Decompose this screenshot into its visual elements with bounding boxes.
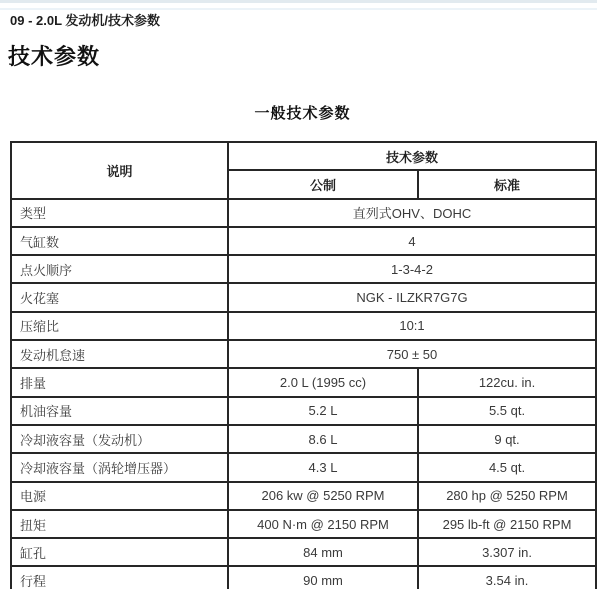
spec-value-standard: 280 hp @ 5250 RPM	[418, 482, 596, 510]
page-title: 技术参数	[8, 40, 100, 71]
spec-label: 排量	[11, 368, 228, 396]
spec-label: 行程	[11, 566, 228, 589]
header-specs: 技术参数	[228, 142, 596, 170]
spec-value-metric: 8.6 L	[228, 425, 418, 453]
table-row: 火花塞NGK - ILZKR7G7G	[11, 283, 596, 311]
spec-label: 点火顺序	[11, 255, 228, 283]
spec-label: 机油容量	[11, 397, 228, 425]
manual-page: 09 - 2.0L 发动机/技术参数 技术参数 一般技术参数 说明 技术参数 公…	[0, 0, 597, 589]
spec-value-metric: 400 N·m @ 2150 RPM	[228, 510, 418, 538]
spec-label: 火花塞	[11, 283, 228, 311]
spec-value-combined: 4	[228, 227, 596, 255]
spec-value-metric: 2.0 L (1995 cc)	[228, 368, 418, 396]
top-edge-strip	[0, 0, 597, 3]
spec-table: 说明 技术参数 公制 标准 类型直列式OHV、DOHC气缸数4点火顺序1-3-4…	[10, 141, 597, 589]
spec-label: 缸孔	[11, 538, 228, 566]
spec-label: 类型	[11, 199, 228, 227]
table-row: 冷却液容量（发动机）8.6 L9 qt.	[11, 425, 596, 453]
spec-value-standard: 295 lb-ft @ 2150 RPM	[418, 510, 596, 538]
table-row: 点火顺序1-3-4-2	[11, 255, 596, 283]
spec-value-combined: 10:1	[228, 312, 596, 340]
table-row: 排量2.0 L (1995 cc)122cu. in.	[11, 368, 596, 396]
spec-value-standard: 5.5 qt.	[418, 397, 596, 425]
spec-label: 扭矩	[11, 510, 228, 538]
table-row: 机油容量5.2 L5.5 qt.	[11, 397, 596, 425]
table-row: 气缸数4	[11, 227, 596, 255]
spec-label: 电源	[11, 482, 228, 510]
section-title: 一般技术参数	[10, 102, 595, 123]
spec-value-standard: 4.5 qt.	[418, 453, 596, 481]
spec-value-standard: 9 qt.	[418, 425, 596, 453]
spec-label: 压缩比	[11, 312, 228, 340]
spec-value-metric: 206 kw @ 5250 RPM	[228, 482, 418, 510]
table-row: 扭矩400 N·m @ 2150 RPM295 lb-ft @ 2150 RPM	[11, 510, 596, 538]
spec-label: 发动机怠速	[11, 340, 228, 368]
table-row: 发动机怠速750 ± 50	[11, 340, 596, 368]
spec-value-metric: 84 mm	[228, 538, 418, 566]
header-metric: 公制	[228, 170, 418, 198]
header-standard: 标准	[418, 170, 596, 198]
spec-value-standard: 122cu. in.	[418, 368, 596, 396]
spec-value-standard: 3.307 in.	[418, 538, 596, 566]
spec-value-combined: NGK - ILZKR7G7G	[228, 283, 596, 311]
spec-value-metric: 90 mm	[228, 566, 418, 589]
spec-value-metric: 4.3 L	[228, 453, 418, 481]
table-row: 冷却液容量（涡轮增压器）4.3 L4.5 qt.	[11, 453, 596, 481]
spec-value-standard: 3.54 in.	[418, 566, 596, 589]
table-row: 压缩比10:1	[11, 312, 596, 340]
table-row: 电源206 kw @ 5250 RPM280 hp @ 5250 RPM	[11, 482, 596, 510]
spec-label: 冷却液容量（涡轮增压器）	[11, 453, 228, 481]
header-description: 说明	[11, 142, 228, 199]
breadcrumb: 09 - 2.0L 发动机/技术参数	[10, 10, 160, 29]
spec-value-combined: 直列式OHV、DOHC	[228, 199, 596, 227]
spec-label: 气缸数	[11, 227, 228, 255]
spec-value-combined: 1-3-4-2	[228, 255, 596, 283]
table-row: 行程90 mm3.54 in.	[11, 566, 596, 589]
spec-label: 冷却液容量（发动机）	[11, 425, 228, 453]
spec-value-combined: 750 ± 50	[228, 340, 596, 368]
spec-value-metric: 5.2 L	[228, 397, 418, 425]
table-row: 类型直列式OHV、DOHC	[11, 199, 596, 227]
table-row: 缸孔84 mm3.307 in.	[11, 538, 596, 566]
table-header-row-1: 说明 技术参数	[11, 142, 596, 170]
